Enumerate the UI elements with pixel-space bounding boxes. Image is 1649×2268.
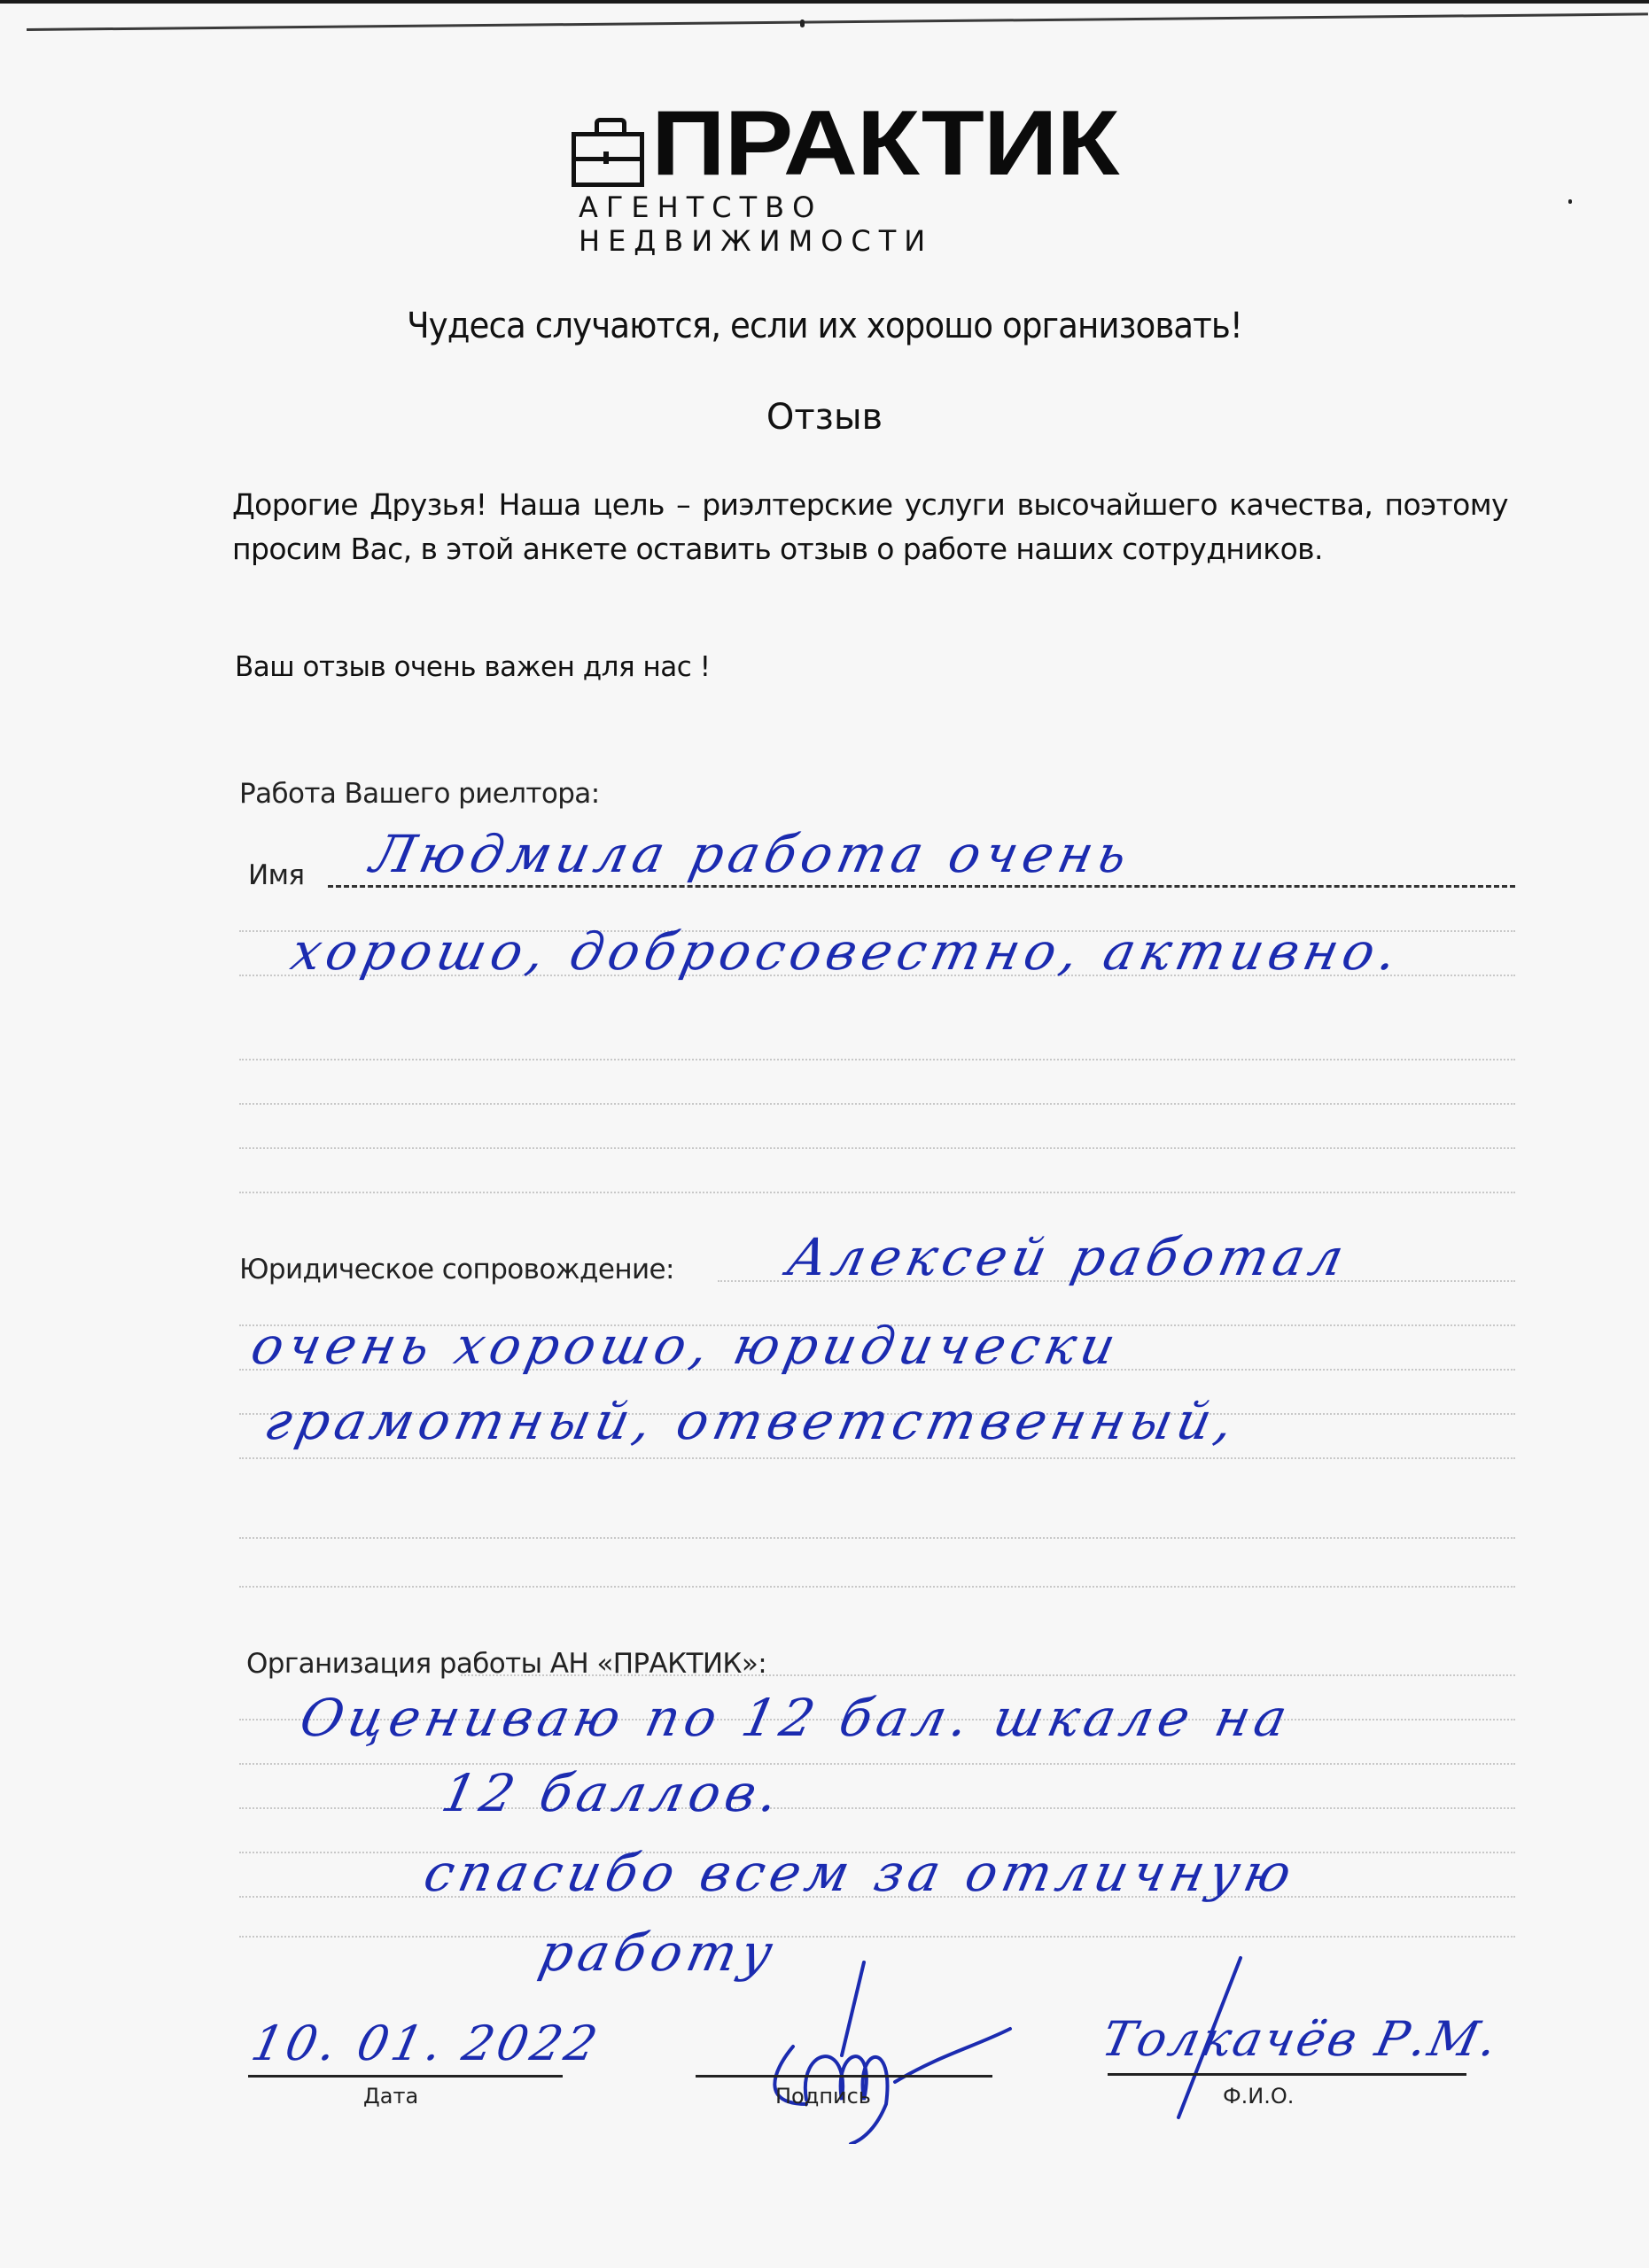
date-value: 10. 01. 2022 <box>246 2016 605 2071</box>
fio-line <box>1108 2073 1466 2076</box>
answer-line <box>239 1103 1515 1105</box>
answer-line <box>239 1936 1515 1938</box>
section-heading-realtor: Работа Вашего риелтора: <box>239 778 600 810</box>
signature-scribble <box>709 1949 1046 2144</box>
fio-caption: Ф.И.О. <box>1223 2084 1294 2109</box>
answer-line <box>239 1807 1515 1809</box>
signature-caption: Подпись <box>775 2084 871 2109</box>
scan-speck <box>800 19 805 27</box>
answer-line <box>239 1763 1515 1765</box>
scan-border-line <box>27 12 1648 31</box>
section-heading-legal: Юридическое сопровождение: <box>239 1254 674 1285</box>
brand-subtitle: АГЕНТСТВО НЕДВИЖИМОСТИ <box>579 190 1174 258</box>
date-line <box>248 2075 563 2078</box>
signature-line <box>696 2075 992 2078</box>
brand-name: ПРАКТИК <box>651 105 1118 182</box>
scan-speck <box>1568 199 1572 204</box>
page-title: Отзыв <box>0 397 1649 438</box>
intro-text: Дорогие Друзья! Наша цель – риэлтерские … <box>232 483 1508 571</box>
date-caption: Дата <box>363 2084 418 2109</box>
handwritten-realtor-line-1: Людмила работа очень <box>366 824 1138 884</box>
answer-line <box>239 1147 1515 1149</box>
answer-line <box>461 1674 1515 1676</box>
answer-line <box>239 1457 1515 1459</box>
important-note: Ваш отзыв очень важен для нас ! <box>235 651 711 683</box>
slogan: Чудеса случаются, если их хорошо организ… <box>58 306 1591 346</box>
handwritten-org-line-1: Оцениваю по 12 бал. шкале на <box>295 1688 1298 1748</box>
briefcase-icon <box>572 118 642 182</box>
answer-line <box>239 1192 1515 1193</box>
answer-line <box>239 1059 1515 1060</box>
company-logo: ПРАКТИК АГЕНТСТВО НЕДВИЖИМОСТИ <box>572 102 1174 226</box>
handwritten-org-line-3: спасибо всем за отличную <box>419 1843 1302 1903</box>
name-field-line <box>328 885 1515 888</box>
answer-line <box>239 1586 1515 1588</box>
handwritten-org-line-2: 12 баллов. <box>437 1763 789 1823</box>
answer-line <box>239 1537 1515 1539</box>
handwritten-legal-line-1: Алексей работал <box>782 1227 1354 1287</box>
handwritten-legal-line-3: грамотный, ответственный, <box>260 1391 1244 1451</box>
handwritten-realtor-line-2: хорошо, добросовестно, активно. <box>286 921 1408 982</box>
handwritten-legal-line-2: очень хорошо, юридически <box>246 1316 1126 1376</box>
scan-top-edge <box>0 0 1649 4</box>
name-label: Имя <box>248 859 304 891</box>
